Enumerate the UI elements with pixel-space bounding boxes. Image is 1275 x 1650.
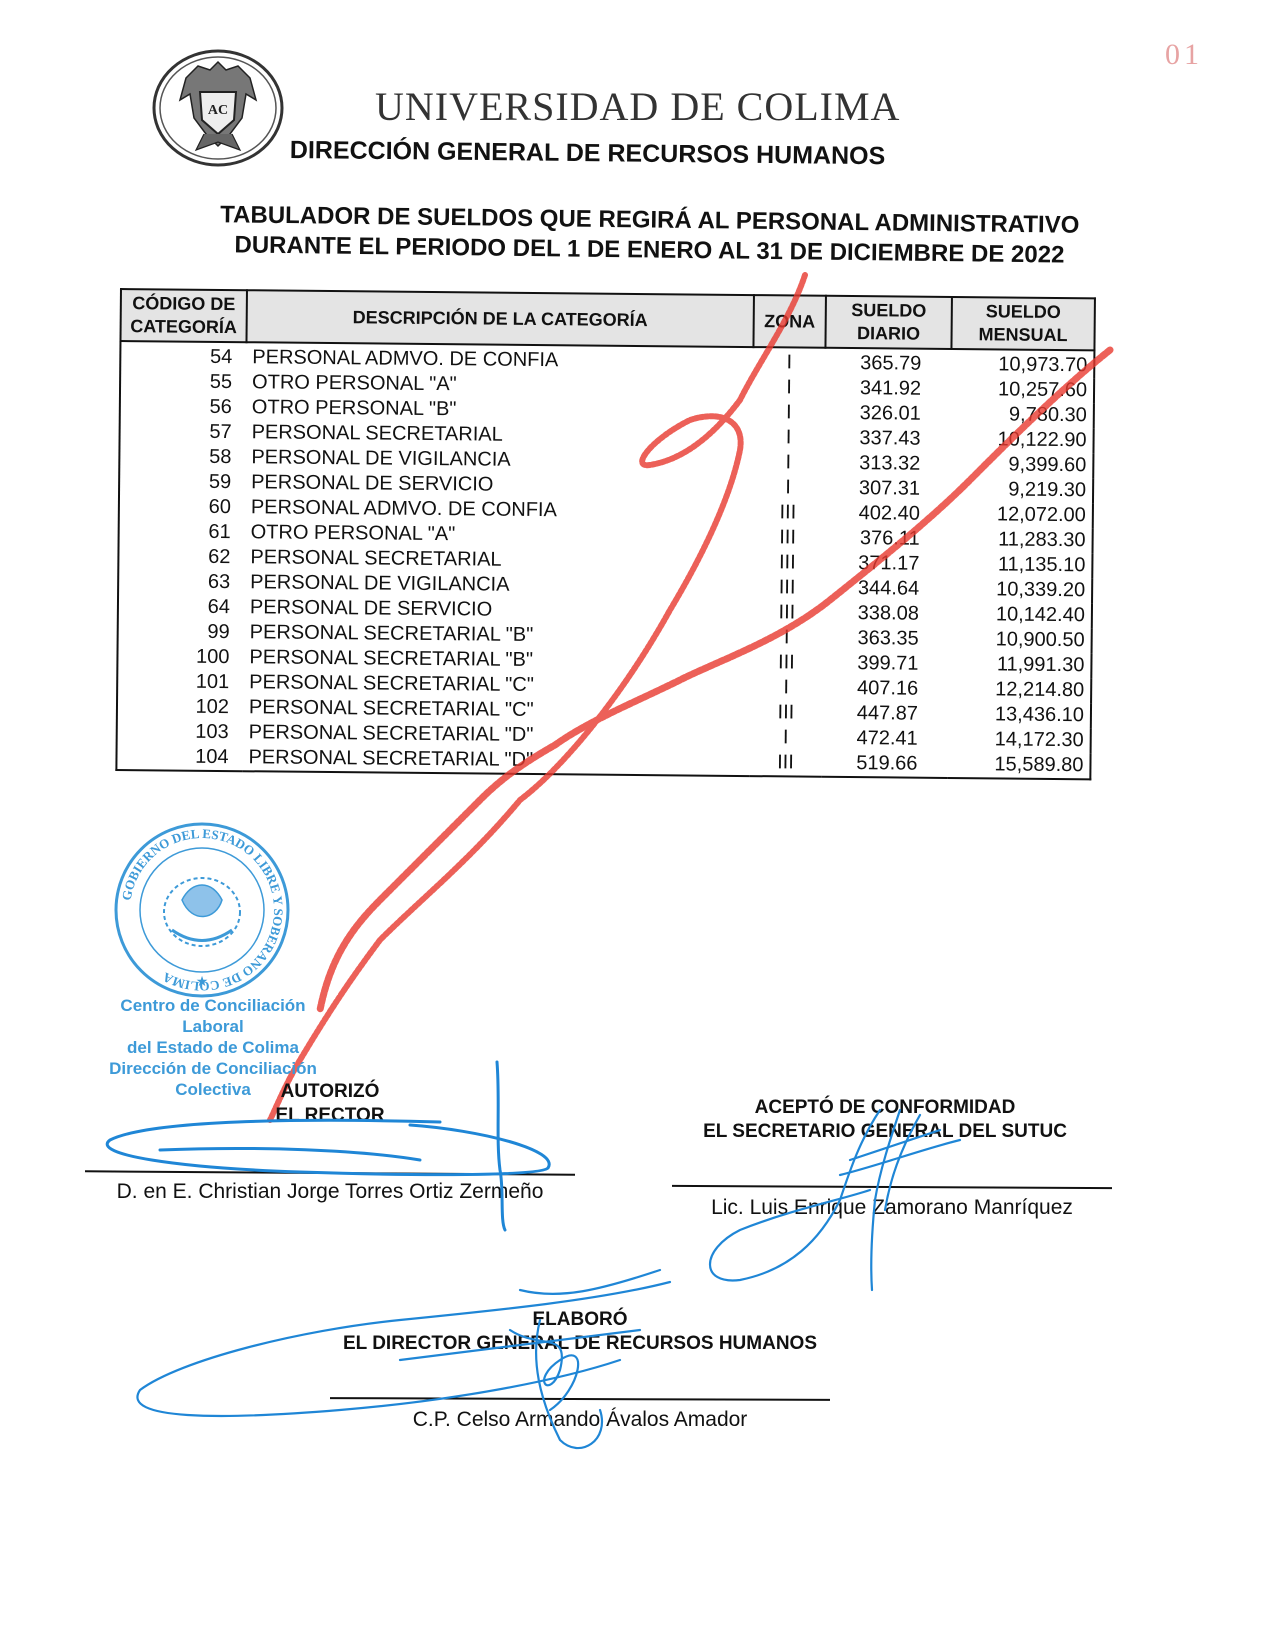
cell-daily: 338.08 <box>823 601 949 627</box>
cell-daily: 371.17 <box>823 551 949 577</box>
cell-code: 57 <box>120 419 246 445</box>
university-coat-of-arms-icon: AC <box>150 48 286 168</box>
cell-monthly: 10,900.50 <box>949 627 1092 653</box>
cell-zone: I <box>753 375 825 401</box>
cell-monthly: 11,991.30 <box>948 652 1091 678</box>
cell-code: 61 <box>119 519 245 545</box>
page-number-mark: 01 <box>1165 38 1203 72</box>
cell-zone: I <box>750 675 822 701</box>
government-seal-stamp: GOBIERNO DEL ESTADO LIBRE Y SOBERANO DE … <box>112 820 292 1000</box>
cell-daily: 447.87 <box>822 701 948 727</box>
cell-daily: 376.11 <box>824 526 950 552</box>
cell-monthly: 10,339.20 <box>949 577 1092 603</box>
sutuc-signature-line <box>672 1185 1112 1189</box>
cell-zone: I <box>753 347 825 376</box>
header-code: CÓDIGO DE CATEGORÍA <box>120 289 246 342</box>
cell-zone: III <box>751 550 823 576</box>
rector-signature-line <box>85 1170 575 1175</box>
cell-code: 104 <box>116 744 242 771</box>
cell-monthly: 11,135.10 <box>949 552 1092 578</box>
cell-zone: III <box>750 700 822 726</box>
cell-code: 58 <box>119 444 245 470</box>
cell-monthly: 15,589.80 <box>947 752 1090 779</box>
salary-table-container: CÓDIGO DE CATEGORÍA DESCRIPCIÓN DE LA CA… <box>115 288 1096 780</box>
cell-code: 62 <box>118 544 244 570</box>
cell-zone: III <box>752 500 824 526</box>
salary-table-body: 54PERSONAL ADMVO. DE CONFIAI365.7910,973… <box>116 341 1094 779</box>
cell-code: 55 <box>120 369 246 395</box>
cell-code: 64 <box>118 594 244 620</box>
cell-monthly: 9,780.30 <box>951 402 1094 428</box>
header-monthly-salary: SUELDO MENSUAL <box>951 297 1094 350</box>
cell-monthly: 10,973.70 <box>951 349 1094 378</box>
sutuc-secretary-name: Lic. Luis Enrique Zamorano Manríquez <box>672 1196 1112 1220</box>
salary-table: CÓDIGO DE CATEGORÍA DESCRIPCIÓN DE LA CA… <box>115 288 1096 780</box>
cell-code: 100 <box>117 644 243 670</box>
cell-monthly: 12,072.00 <box>950 502 1093 528</box>
cell-monthly: 9,219.30 <box>950 477 1093 503</box>
cell-zone: I <box>752 475 824 501</box>
cell-code: 54 <box>120 341 246 370</box>
cell-zone: I <box>753 400 825 426</box>
cell-zone: III <box>750 650 822 676</box>
cell-monthly: 12,214.80 <box>948 677 1091 703</box>
cell-daily: 307.31 <box>824 476 950 502</box>
cell-code: 102 <box>117 694 243 720</box>
cell-monthly: 10,142.40 <box>949 602 1092 628</box>
cell-monthly: 13,436.10 <box>948 702 1091 728</box>
cell-daily: 326.01 <box>825 401 951 427</box>
cell-zone: III <box>751 600 823 626</box>
cell-daily: 472.41 <box>822 726 948 752</box>
header-zone: ZONA <box>753 295 825 348</box>
cell-code: 60 <box>119 494 245 520</box>
cell-daily: 344.64 <box>823 576 949 602</box>
department-name: DIRECCIÓN GENERAL DE RECURSOS HUMANOS <box>290 136 886 171</box>
cell-description: PERSONAL SECRETARIAL "D" <box>242 745 749 776</box>
institution-name: UNIVERSIDAD DE COLIMA <box>375 83 900 130</box>
cell-daily: 407.16 <box>822 676 948 702</box>
cell-daily: 402.40 <box>824 501 950 527</box>
hr-director-signature-line <box>330 1397 830 1401</box>
table-header-row: CÓDIGO DE CATEGORÍA DESCRIPCIÓN DE LA CA… <box>120 289 1094 350</box>
cell-daily: 365.79 <box>825 348 951 377</box>
cell-monthly: 14,172.30 <box>948 727 1091 753</box>
sutuc-secretary-role: ACEPTÓ DE CONFORMIDAD EL SECRETARIO GENE… <box>685 1096 1085 1144</box>
hr-director-role: ELABORÓ EL DIRECTOR GENERAL DE RECURSOS … <box>320 1308 840 1356</box>
cell-daily: 519.66 <box>821 751 947 778</box>
cell-daily: 399.71 <box>822 651 948 677</box>
cell-code: 99 <box>118 619 244 645</box>
cell-zone: III <box>749 750 821 777</box>
cell-zone: I <box>750 725 822 751</box>
cell-zone: I <box>751 625 823 651</box>
rector-role: AUTORIZÓ EL RECTOR <box>240 1080 420 1128</box>
svg-text:★: ★ <box>196 973 209 989</box>
cell-monthly: 10,122.90 <box>950 427 1093 453</box>
cell-daily: 341.92 <box>825 376 951 402</box>
header-description: DESCRIPCIÓN DE LA CATEGORÍA <box>246 290 753 347</box>
cell-code: 63 <box>118 569 244 595</box>
cell-monthly: 11,283.30 <box>950 527 1093 553</box>
cell-daily: 363.35 <box>823 626 949 652</box>
cell-code: 101 <box>117 669 243 695</box>
document-title: TABULADOR DE SUELDOS QUE REGIRÁ AL PERSO… <box>199 200 1100 271</box>
rector-name: D. en E. Christian Jorge Torres Ortiz Ze… <box>85 1180 575 1204</box>
cell-monthly: 9,399.60 <box>950 452 1093 478</box>
rector-signature-icon <box>107 1120 549 1174</box>
hr-director-name: C.P. Celso Armando Ávalos Amador <box>330 1408 830 1432</box>
cell-monthly: 10,257.60 <box>951 377 1094 403</box>
svg-text:AC: AC <box>208 103 228 118</box>
cell-code: 103 <box>117 719 243 745</box>
cell-zone: I <box>752 450 824 476</box>
header-daily-salary: SUELDO DIARIO <box>825 296 951 349</box>
cell-zone: I <box>752 425 824 451</box>
cell-zone: III <box>751 575 823 601</box>
cell-zone: III <box>752 525 824 551</box>
cell-daily: 337.43 <box>824 426 950 452</box>
cell-daily: 313.32 <box>824 451 950 477</box>
cell-code: 59 <box>119 469 245 495</box>
cell-code: 56 <box>120 394 246 420</box>
